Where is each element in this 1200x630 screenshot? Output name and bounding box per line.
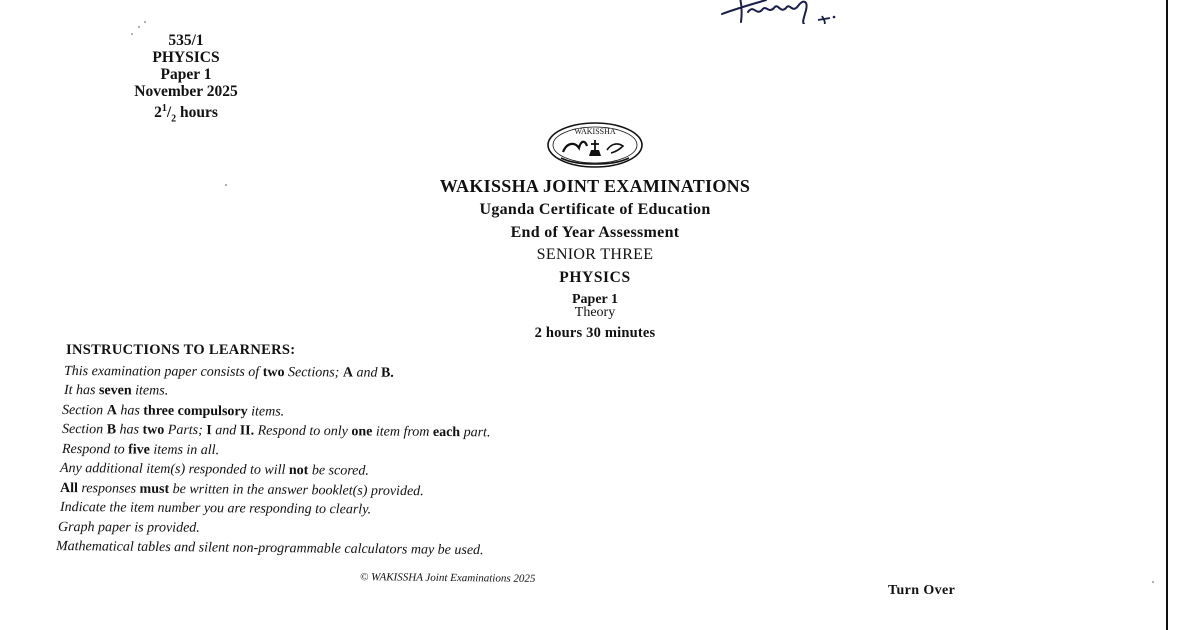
wakissha-logo-icon: WAKISSHA xyxy=(545,120,645,170)
title-block: WAKISSHA WAKISSHA JOINT EXAMINATIONS Uga… xyxy=(330,120,860,342)
exam-duration: 2 hours 30 minutes xyxy=(330,325,860,342)
turn-over-label: Turn Over xyxy=(888,583,955,599)
scan-speck xyxy=(1152,581,1154,583)
paper-number: Paper 1 xyxy=(86,66,286,83)
subject-title: PHYSICS xyxy=(330,269,860,287)
paper-subject: PHYSICS xyxy=(86,49,286,66)
page-edge-line xyxy=(1166,0,1168,630)
paper-date: November 2025 xyxy=(86,83,286,100)
exam-cover-page: 535/1 PHYSICS Paper 1 November 2025 21/2… xyxy=(0,0,1200,630)
instructions-list: This examination paper consists of two S… xyxy=(62,362,882,557)
certificate-name: Uganda Certificate of Education xyxy=(330,201,860,219)
paper-code-block: 535/1 PHYSICS Paper 1 November 2025 21/2… xyxy=(86,32,286,127)
paper-duration: 21/2 hours xyxy=(86,100,286,127)
scan-speck xyxy=(144,21,146,23)
copyright-notice: © WAKISSHA Joint Examinations 2025 xyxy=(360,571,536,585)
handwritten-signature-icon xyxy=(718,0,868,24)
assessment-name: End of Year Assessment xyxy=(330,224,860,242)
scan-speck xyxy=(225,184,227,186)
instructions-section: INSTRUCTIONS TO LEARNERS: This examinati… xyxy=(62,341,882,557)
paper-type: Theory xyxy=(330,306,860,319)
logo-text: WAKISSHA xyxy=(574,127,616,136)
instructions-heading: INSTRUCTIONS TO LEARNERS: xyxy=(66,341,882,361)
class-level: SENIOR THREE xyxy=(330,246,860,264)
organisation-name: WAKISSHA JOINT EXAMINATIONS xyxy=(330,176,860,197)
paper-code: 535/1 xyxy=(86,32,286,49)
scan-speck xyxy=(138,26,140,28)
